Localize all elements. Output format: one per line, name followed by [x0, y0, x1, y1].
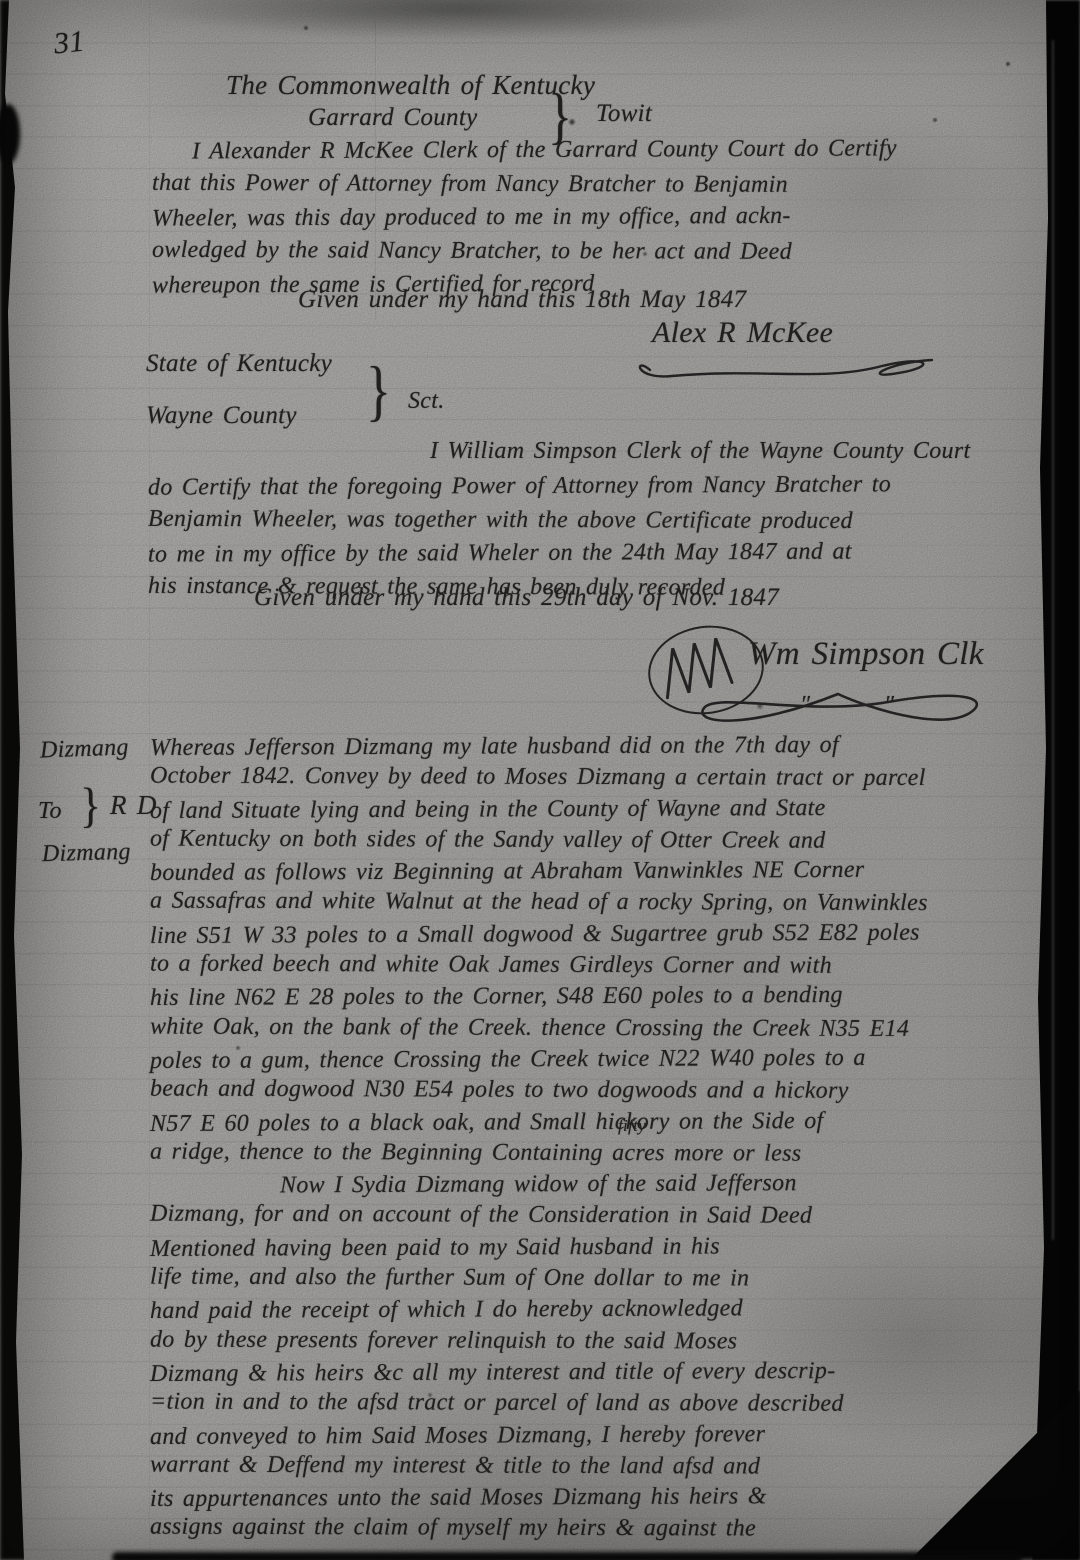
- handwritten-line: October 1842. Convey by deed to Moses Di…: [150, 761, 1050, 795]
- wayne-given-line: Given under my hand this 29th day of Nov…: [254, 584, 779, 612]
- margin-note-grantor: Dizmang: [40, 734, 130, 764]
- handwritten-line: bounded as follows viz Beginning at Abra…: [150, 854, 1050, 889]
- handwritten-line: Wheeler, was this day produced to me in …: [152, 199, 897, 236]
- handwritten-line: and conveyed to him Said Moses Dizmang, …: [150, 1418, 1050, 1453]
- handwritten-line: hand paid the receipt of which I do here…: [150, 1292, 1050, 1327]
- handwritten-line: I Alexander R McKee Clerk of the Garrard…: [152, 132, 897, 169]
- handwritten-line: of land Situate lying and being in the C…: [150, 792, 1050, 827]
- wayne-county-label: Wayne County: [146, 402, 297, 430]
- top-smudge: [150, 0, 770, 40]
- garrard-county-label: Garrard County: [308, 104, 477, 132]
- brace-glyph: }: [366, 353, 391, 430]
- margin-note-to: To: [38, 798, 62, 825]
- deed-body-paragraph: Whereas Jefferson Dizmang my late husban…: [150, 731, 1050, 1545]
- binding-edge-left: [0, 0, 34, 1560]
- handwritten-line: assigns against the claim of myself my h…: [150, 1512, 1050, 1546]
- handwritten-line: life time, and also the further Sum of O…: [150, 1262, 1050, 1296]
- handwritten-line: a ridge, thence to the Beginning Contain…: [150, 1136, 1050, 1170]
- margin-note-grantee: Dizmang: [42, 839, 131, 868]
- brace-glyph: }: [80, 777, 101, 833]
- handwritten-line: Dizmang & his heirs &c all my interest a…: [150, 1355, 1050, 1390]
- ditto-mark: ″: [800, 692, 810, 719]
- handwritten-line: Benjamin Wheeler, was together with the …: [148, 502, 891, 538]
- handwritten-line: do Certify that the foregoing Power of A…: [148, 468, 891, 505]
- page-number: 31: [52, 24, 86, 61]
- handwritten-line: do by these presents forever relinquish …: [150, 1324, 1050, 1358]
- handwritten-line: Whereas Jefferson Dizmang my late husban…: [150, 729, 1050, 764]
- ditto-mark: ″: [884, 692, 894, 719]
- handwritten-line: to me in my office by the said Wheler on…: [148, 535, 891, 572]
- state-of-kentucky-label: State of Kentucky: [146, 350, 332, 378]
- infinity-flourish-icon: [688, 686, 998, 728]
- handwritten-line: beach and dogwood N30 E54 poles to two d…: [150, 1074, 1050, 1108]
- handwritten-line: white Oak, on the bank of the Creek. the…: [150, 1011, 1050, 1045]
- handwritten-line: his line N62 E 28 poles to the Corner, S…: [150, 979, 1050, 1014]
- handwritten-line: warrant & Deffend my interest & title to…: [150, 1449, 1050, 1483]
- handwritten-line: to a forked beech and white Oak James Gi…: [150, 949, 1050, 983]
- interlinear-insertion: fifty: [618, 1116, 646, 1136]
- sct-label: Sct.: [408, 388, 445, 415]
- handwritten-line: N57 E 60 poles to a black oak, and Small…: [150, 1105, 1050, 1140]
- handwritten-line: a Sassafras and white Walnut at the head…: [150, 886, 1050, 920]
- handwritten-line: Mentioned having been paid to my Said hu…: [150, 1230, 1050, 1265]
- mckee-signature: Alex R McKee: [652, 316, 833, 350]
- handwritten-line: Dizmang, for and on account of the Consi…: [150, 1199, 1050, 1233]
- wayne-certificate-opening-line: I William Simpson Clerk of the Wayne Cou…: [430, 438, 970, 465]
- handwritten-line: owledged by the said Nancy Bratcher, to …: [152, 233, 897, 269]
- handwritten-line: of Kentucky on both sides of the Sandy v…: [150, 823, 1050, 857]
- commonwealth-heading: The Commonwealth of Kentucky: [226, 70, 595, 101]
- garrard-given-line: Given under my hand this 18th May 1847: [298, 286, 746, 314]
- handwritten-line: poles to a gum, thence Crossing the Cree…: [150, 1042, 1050, 1077]
- page-edge-bottom: [112, 1552, 1022, 1560]
- signature-flourish-icon: [632, 352, 942, 386]
- binding-blob: [0, 104, 20, 164]
- handwritten-line: its appurtenances unto the said Moses Di…: [150, 1480, 1050, 1515]
- towit-label: Towit: [596, 100, 652, 128]
- handwritten-line: that this Power of Attorney from Nancy B…: [152, 166, 897, 202]
- garrard-certificate-paragraph: I Alexander R McKee Clerk of the Garrard…: [152, 134, 897, 302]
- handwritten-line: line S51 W 33 poles to a Small dogwood &…: [150, 917, 1050, 952]
- simpson-signature: Wm Simpson Clk: [748, 636, 984, 673]
- handwritten-line: Now I Sydia Dizmang widow of the said Je…: [150, 1167, 1050, 1202]
- page-edge-highlight: [1052, 40, 1054, 1240]
- document-page: 31 The Commonwealth of Kentucky Garrard …: [0, 0, 1080, 1560]
- handwritten-line: =tion in and to the afsd tract or parcel…: [150, 1387, 1050, 1421]
